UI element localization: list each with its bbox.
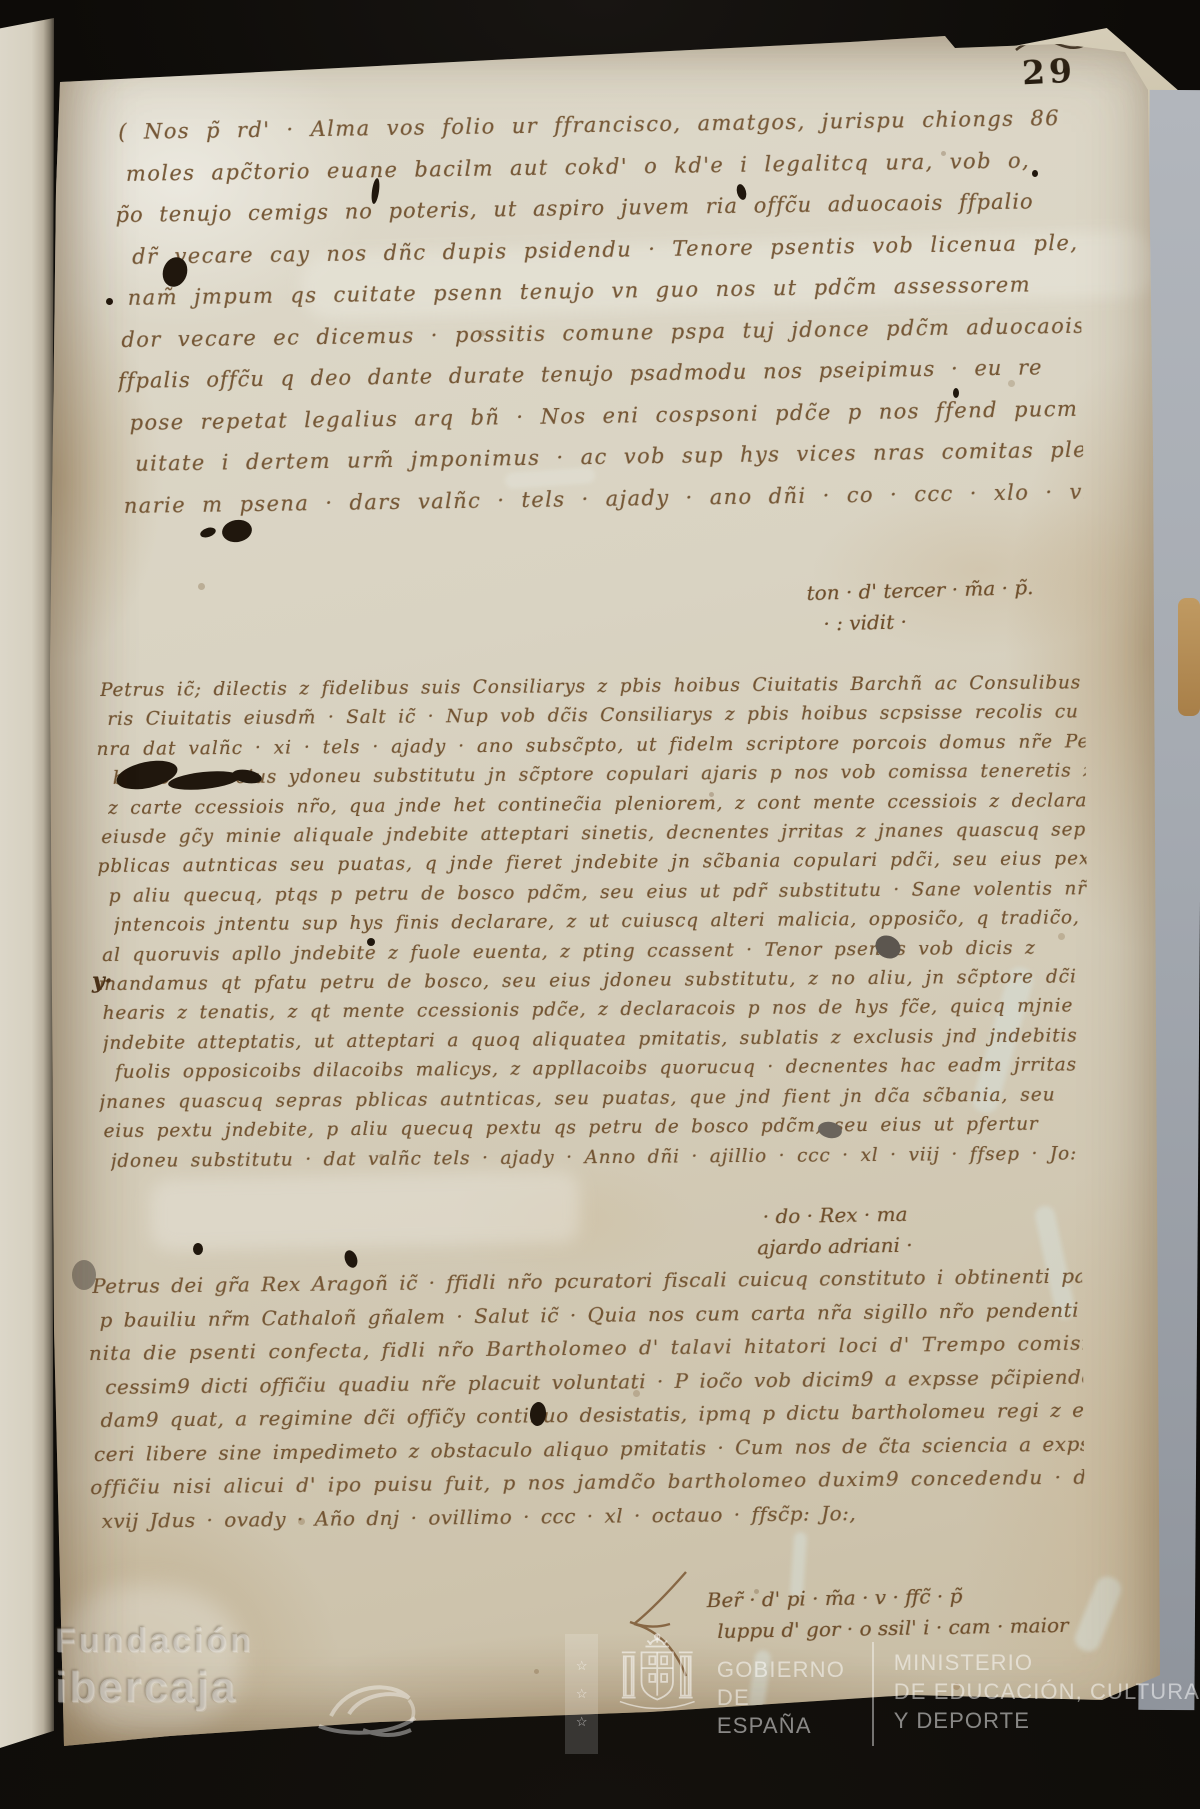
- manuscript-page: 29 ( Nos p̃ rd' · Alma vos folio ur ffra…: [50, 30, 1165, 1755]
- subscription-line: · do · Rex · ma: [762, 1199, 912, 1233]
- margin-mark: y·: [92, 968, 112, 994]
- eu-stars-bar: ☆ ☆ ☆: [565, 1634, 598, 1754]
- ink-blot: [367, 938, 375, 946]
- star-icon: ☆: [576, 1686, 588, 1702]
- spain-coat-of-arms-icon: [612, 1630, 702, 1722]
- ink-blot: [199, 526, 217, 540]
- ministerio-line1: MINISTERIO: [894, 1648, 1200, 1677]
- paragraph-2: Petrus ic̃; dilectis z fidelibus suis Co…: [100, 668, 1089, 1176]
- ministerio-line3: Y DEPORTE: [894, 1706, 1200, 1735]
- gobierno-line2: DE ESPAÑA: [717, 1684, 850, 1740]
- ministerio-label: MINISTERIO DE EDUCACIÓN, CULTURA Y DEPOR…: [894, 1648, 1200, 1735]
- subscription-2: · do · Rex · ma ajardo adriani ·: [762, 1199, 912, 1264]
- subscription-line: · : vidit ·: [823, 603, 1035, 640]
- ink-blot: [193, 1243, 203, 1255]
- folio-number: 29: [1021, 51, 1077, 93]
- ink-blot: [72, 1260, 96, 1290]
- ibercaja-line1: Fundación: [55, 1622, 254, 1661]
- ink-blot: [953, 388, 959, 398]
- ibercaja-logo-icon: [313, 1670, 423, 1748]
- watermark-ibercaja: Fundación ibercaja: [55, 1622, 254, 1713]
- ink-blot: [106, 298, 113, 305]
- paragraph-3: Petrus dei gr̃a Rex Aragoñ ic̃ · ffidli …: [92, 1260, 1085, 1538]
- ink-blot: [1032, 170, 1038, 177]
- page-stack-edge-small: [1178, 598, 1200, 716]
- ibercaja-line2: ibercaja: [55, 1663, 254, 1713]
- subscription-line: ton · d' tercer · m̃a · p̃.: [806, 572, 1034, 609]
- subscription-1: ton · d' tercer · m̃a · p̃. · : vidit ·: [806, 572, 1034, 640]
- gobierno-label: GOBIERNO DE ESPAÑA: [717, 1656, 850, 1740]
- paper-scuff: [149, 1171, 580, 1252]
- ministerio-line2: DE EDUCACIÓN, CULTURA: [894, 1677, 1200, 1706]
- watermark-divider: [872, 1642, 874, 1746]
- star-icon: ☆: [576, 1658, 588, 1674]
- photo-canvas: 29 ( Nos p̃ rd' · Alma vos folio ur ffra…: [0, 0, 1200, 1809]
- left-page-edge: [0, 18, 54, 1748]
- star-icon: ☆: [576, 1714, 588, 1730]
- gobierno-line1: GOBIERNO: [717, 1656, 850, 1684]
- subscription-line: ajardo adriani ·: [757, 1230, 913, 1264]
- paragraph-1: ( Nos p̃ rd' · Alma vos folio ur ffranci…: [118, 98, 1084, 527]
- watermark-government: ☆ ☆ ☆ GOBIERNO DE ESPAÑA MINISTERIO DE E…: [565, 1628, 1200, 1754]
